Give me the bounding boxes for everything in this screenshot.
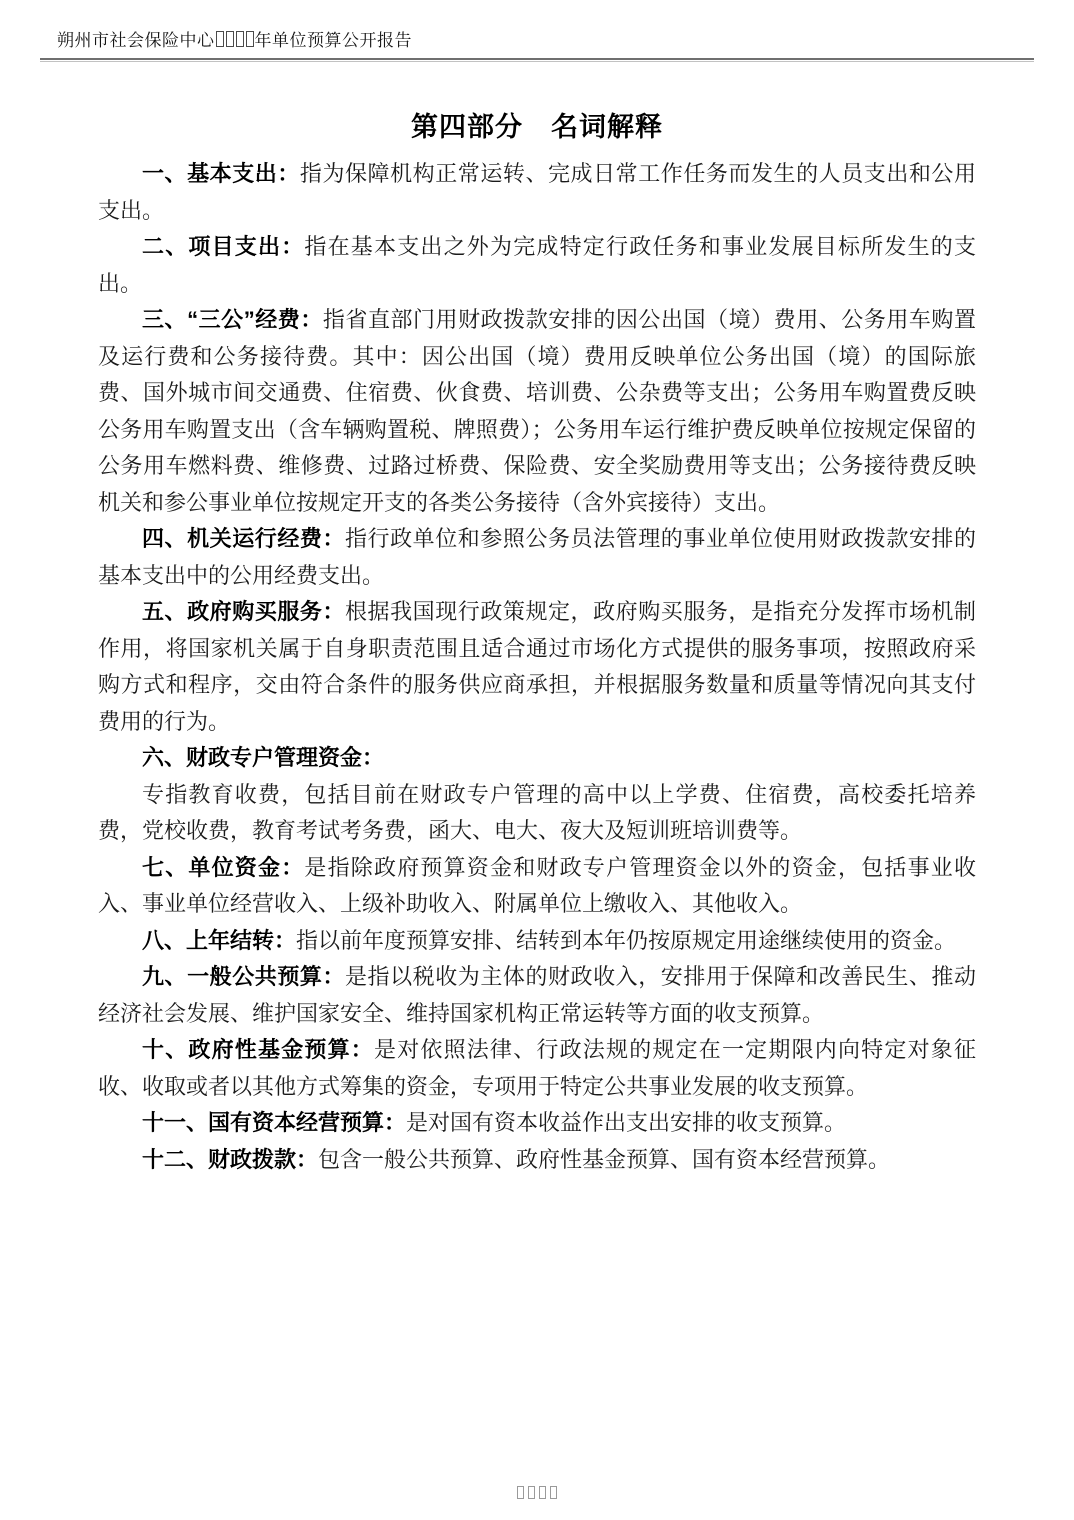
definition-paragraph: 八、上年结转：指以前年度预算安排、结转到本年仍按原规定用途继续使用的资金。 <box>98 923 976 960</box>
header-title: 朔州市社会保险中心年单位预算公开报告 <box>57 30 1034 52</box>
definition-term: 六、财政专户管理资金： <box>142 745 384 770</box>
definition-term: 四、机关运行经费： <box>142 526 345 551</box>
definition-paragraph: 专指教育收费，包括目前在财政专户管理的高中以上学费、住宿费，高校委托培养费，党校… <box>98 777 976 850</box>
header-title-suffix: 年单位预算公开报告 <box>255 31 413 50</box>
definition-paragraph: 七、单位资金：是指除政府预算资金和财政专户管理资金以外的资金，包括事业收入、事业… <box>98 850 976 923</box>
definition-text: 指省直部门用财政拨款安排的因公出国（境）费用、公务用车购置及运行费和公务接待费。… <box>98 307 976 515</box>
definition-term: 八、上年结转： <box>142 928 296 953</box>
definition-term: 七、单位资金： <box>142 855 304 880</box>
page-header: 朔州市社会保险中心年单位预算公开报告 <box>0 0 1074 62</box>
page-footer <box>0 1486 1074 1504</box>
definition-text: 包含一般公共预算、政府性基金预算、国有资本经营预算。 <box>318 1147 890 1172</box>
definition-paragraph: 十、政府性基金预算：是对依照法律、行政法规的规定在一定期限内向特定对象征收、收取… <box>98 1032 976 1105</box>
definition-text: 专指教育收费，包括目前在财政专户管理的高中以上学费、住宿费，高校委托培养费，党校… <box>98 782 976 844</box>
document-page: 朔州市社会保险中心年单位预算公开报告 第四部分 名词解释 一、基本支出：指为保障… <box>0 0 1074 1520</box>
definition-paragraph: 十一、国有资本经营预算：是对国有资本收益作出支出安排的收支预算。 <box>98 1105 976 1142</box>
definition-text: 是对国有资本收益作出支出安排的收支预算。 <box>406 1110 846 1135</box>
definition-text: 指以前年度预算安排、结转到本年仍按原规定用途继续使用的资金。 <box>296 928 956 953</box>
definition-term: 十二、财政拨款： <box>142 1147 318 1172</box>
definition-term: 五、政府购买服务： <box>142 599 345 624</box>
missing-glyph-box <box>550 1486 557 1499</box>
definition-paragraph: 十二、财政拨款：包含一般公共预算、政府性基金预算、国有资本经营预算。 <box>98 1142 976 1179</box>
missing-year-glyphs <box>215 31 255 50</box>
definitions-list: 一、基本支出：指为保障机构正常运转、完成日常工作任务而发生的人员支出和公用支出。… <box>98 156 976 1178</box>
definition-paragraph: 二、项目支出：指在基本支出之外为完成特定行政任务和事业发展目标所发生的支出。 <box>98 229 976 302</box>
section-title: 第四部分 名词解释 <box>98 106 976 148</box>
definition-paragraph: 一、基本支出：指为保障机构正常运转、完成日常工作任务而发生的人员支出和公用支出。 <box>98 156 976 229</box>
definition-paragraph: 六、财政专户管理资金： <box>98 740 976 777</box>
definition-paragraph: 三、“三公”经费：指省直部门用财政拨款安排的因公出国（境）费用、公务用车购置及运… <box>98 302 976 521</box>
definition-paragraph: 五、政府购买服务：根据我国现行政策规定，政府购买服务，是指充分发挥市场机制作用，… <box>98 594 976 740</box>
page-number-placeholder <box>515 1486 559 1503</box>
definition-term: 二、项目支出： <box>142 234 304 259</box>
missing-glyph-box <box>216 31 224 47</box>
definition-paragraph: 四、机关运行经费：指行政单位和参照公务员法管理的事业单位使用财政拨款安排的基本支… <box>98 521 976 594</box>
definition-term: 十一、国有资本经营预算： <box>142 1110 406 1135</box>
header-title-prefix: 朔州市社会保险中心 <box>57 31 215 50</box>
missing-glyph-box <box>528 1486 535 1499</box>
missing-glyph-box <box>517 1486 524 1499</box>
definition-paragraph: 九、一般公共预算：是指以税收为主体的财政收入，安排用于保障和改善民生、推动经济社… <box>98 959 976 1032</box>
header-divider <box>40 58 1034 62</box>
definition-term: 一、基本支出： <box>142 161 300 186</box>
missing-glyph-box <box>539 1486 546 1499</box>
definition-term: 九、一般公共预算： <box>142 964 345 989</box>
definition-term: 三、“三公”经费： <box>142 307 323 332</box>
missing-glyph-box <box>246 31 254 47</box>
definition-term: 十、政府性基金预算： <box>142 1037 374 1062</box>
missing-glyph-box <box>236 31 244 47</box>
missing-glyph-box <box>226 31 234 47</box>
